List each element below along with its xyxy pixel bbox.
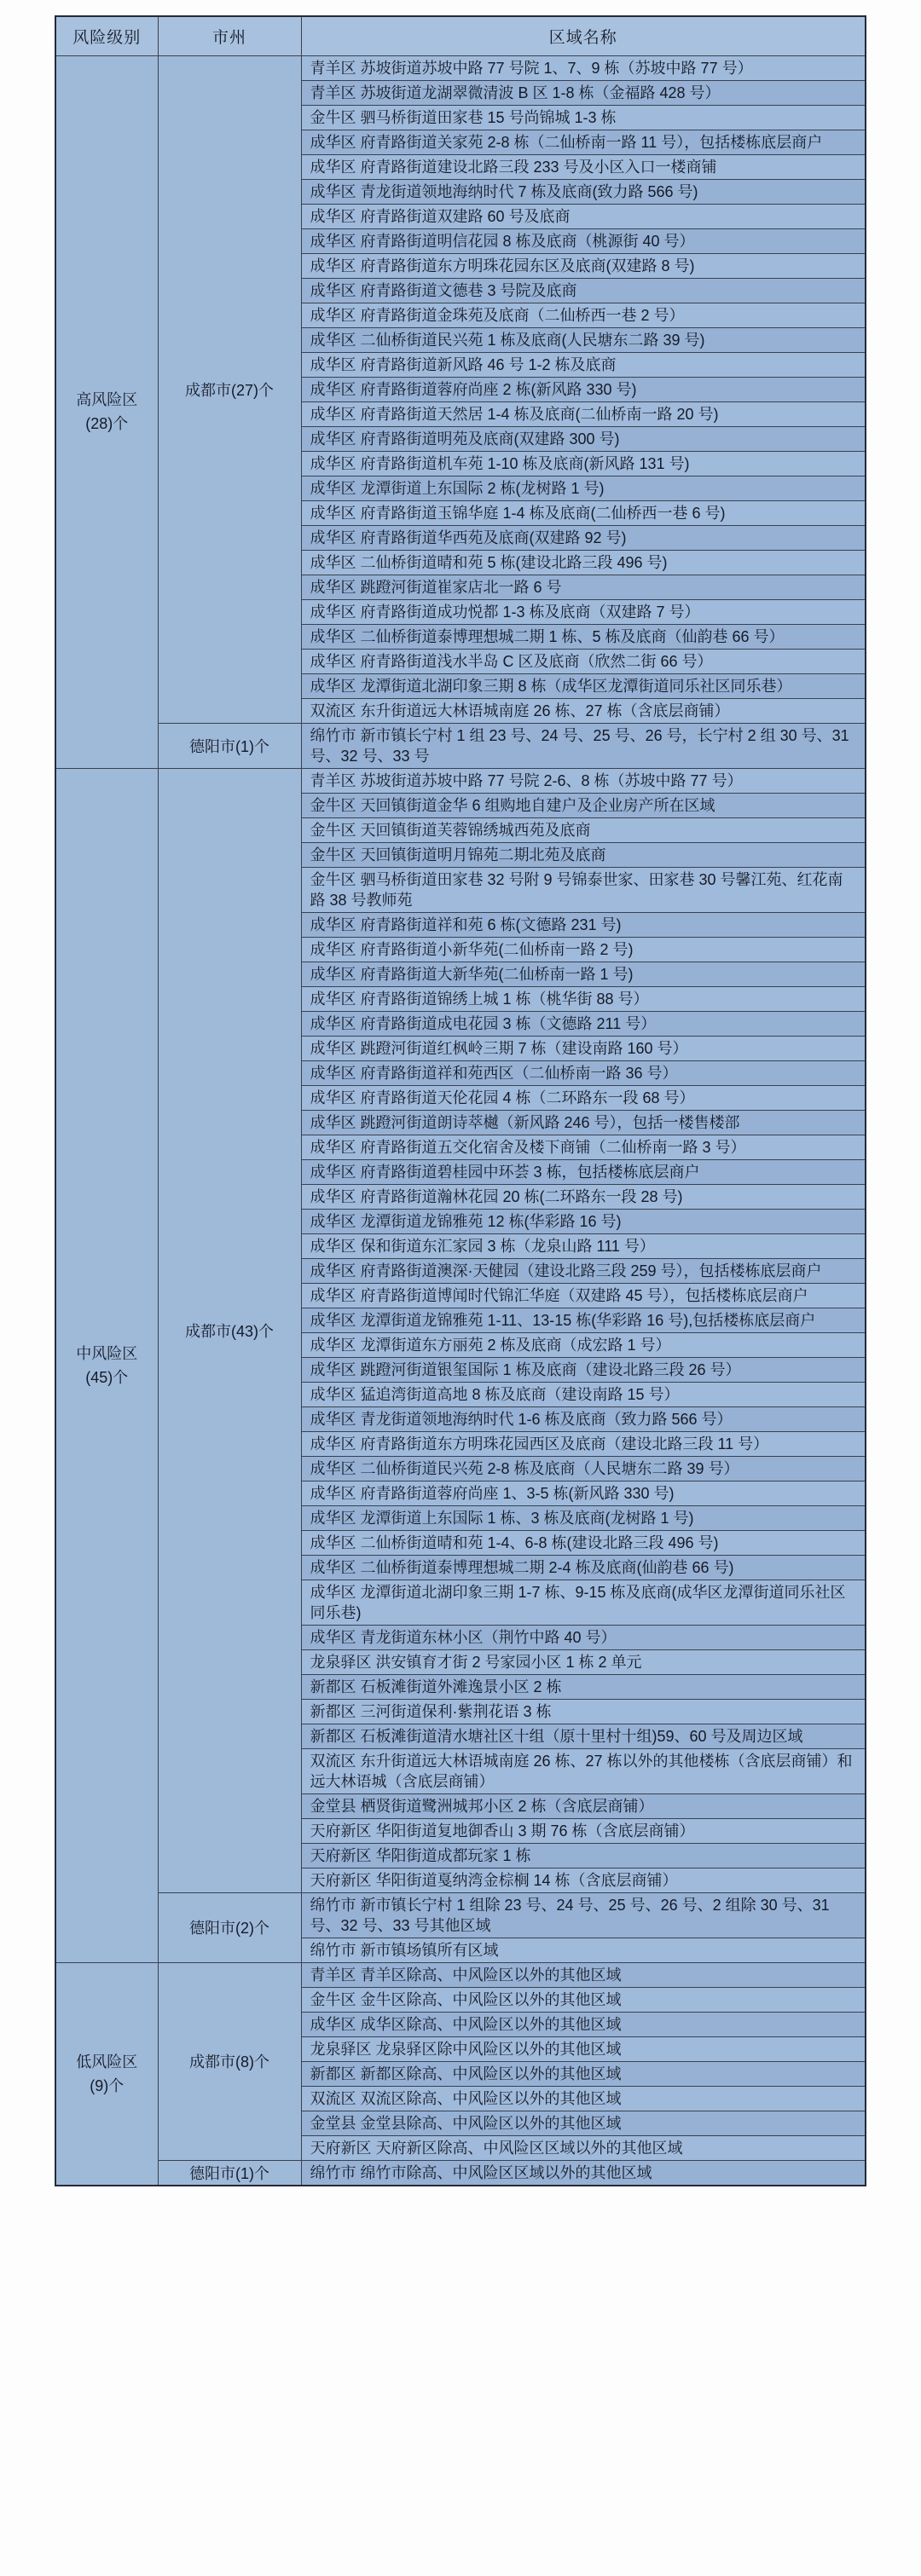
area-cell: 成华区 二仙桥街道晴和苑 1-4、6-8 栋(建设北路三段 496 号)	[301, 1530, 866, 1555]
area-cell: 成华区 跳蹬河街道崔家店北一路 6 号	[301, 575, 866, 599]
area-cell: 成华区 府青路街道东方明珠花园东区及底商(双建路 8 号)	[301, 253, 866, 278]
area-cell: 成华区 府青路街道新风路 46 号 1-2 栋及底商	[301, 352, 866, 377]
risk-level-cell: 高风险区(28)个	[55, 55, 158, 768]
area-cell: 青羊区 苏坡街道苏坡中路 77 号院 2-6、8 栋（苏坡中路 77 号）	[301, 768, 866, 793]
risk-level-name: 中风险区	[56, 1342, 158, 1366]
area-cell: 成华区 龙潭街道龙锦雅苑 12 栋(华彩路 16 号)	[301, 1209, 866, 1233]
area-cell: 成华区 府青路街道明苑及底商(双建路 300 号)	[301, 426, 866, 451]
area-cell: 成华区 府青路街道明信花园 8 栋及底商（桃源街 40 号）	[301, 228, 866, 253]
area-cell: 绵竹市 新市镇长宁村 1 组 23 号、24 号、25 号、26 号，长宁村 2…	[301, 723, 866, 768]
area-cell: 新都区 石板滩街道外滩逸景小区 2 栋	[301, 1674, 866, 1699]
area-cell: 成华区 成华区除高、中风险区以外的其他区域	[301, 2012, 866, 2036]
risk-area-table: 风险级别 市州 区域名称 高风险区(28)个成都市(27)个青羊区 苏坡街道苏坡…	[55, 15, 866, 2186]
area-cell: 成华区 府青路街道瀚林花园 20 栋(二环路东一段 28 号)	[301, 1184, 866, 1209]
area-cell: 成华区 龙潭街道北湖印象三期 1-7 栋、9-15 栋及底商(成华区龙潭街道同乐…	[301, 1580, 866, 1625]
area-cell: 青羊区 青羊区除高、中风险区以外的其他区域	[301, 1962, 866, 1987]
area-cell: 金牛区 驷马桥街道田家巷 15 号尚锦城 1-3 栋	[301, 105, 866, 130]
area-cell: 成华区 府青路街道大新华苑(二仙桥南一路 1 号)	[301, 962, 866, 986]
table-row: 高风险区(28)个成都市(27)个青羊区 苏坡街道苏坡中路 77 号院 1、7、…	[55, 55, 866, 80]
area-cell: 成华区 龙潭街道东方丽苑 2 栋及底商（成宏路 1 号）	[301, 1332, 866, 1357]
area-cell: 成华区 府青路街道浅水半岛 C 区及底商（欣然二街 66 号）	[301, 649, 866, 673]
city-cell: 德阳市(2)个	[158, 1892, 301, 1962]
city-cell: 成都市(8)个	[158, 1962, 301, 2160]
area-cell: 成华区 府青路街道文德巷 3 号院及底商	[301, 278, 866, 303]
area-cell: 成华区 二仙桥街道晴和苑 5 栋(建设北路三段 496 号)	[301, 550, 866, 575]
area-cell: 成华区 龙潭街道北湖印象三期 8 栋（成华区龙潭街道同乐社区同乐巷）	[301, 673, 866, 698]
area-cell: 成华区 二仙桥街道民兴苑 2-8 栋及底商（人民塘东二路 39 号）	[301, 1456, 866, 1481]
area-cell: 成华区 府青路街道锦绣上城 1 栋（桃华街 88 号）	[301, 986, 866, 1011]
area-cell: 天府新区 天府新区除高、中风险区区域以外的其他区域	[301, 2135, 866, 2160]
area-cell: 成华区 府青路街道机车苑 1-10 栋及底商(新风路 131 号)	[301, 451, 866, 476]
area-cell: 金牛区 天回镇街道金华 6 组购地自建户及企业房产所在区域	[301, 793, 866, 817]
area-cell: 成华区 猛追湾街道高地 8 栋及底商（建设南路 15 号）	[301, 1382, 866, 1406]
table-header: 风险级别 市州 区域名称	[55, 16, 866, 55]
area-cell: 金牛区 天回镇街道芙蓉锦绣城西苑及底商	[301, 817, 866, 842]
area-cell: 成华区 跳蹬河街道银玺国际 1 栋及底商（建设北路三段 26 号）	[301, 1357, 866, 1382]
area-cell: 双流区 东升街道远大林语城南庭 26 栋、27 栋以外的其他楼栋（含底层商铺）和…	[301, 1748, 866, 1793]
area-cell: 成华区 府青路街道建设北路三段 233 号及小区入口一楼商铺	[301, 154, 866, 179]
table-body: 高风险区(28)个成都市(27)个青羊区 苏坡街道苏坡中路 77 号院 1、7、…	[55, 55, 866, 2186]
area-cell: 成华区 青龙街道东林小区（荆竹中路 40 号）	[301, 1625, 866, 1649]
header-risk-level: 风险级别	[55, 16, 158, 55]
area-cell: 成华区 府青路街道华西苑及底商(双建路 92 号)	[301, 525, 866, 550]
area-cell: 金牛区 天回镇街道明月锦苑二期北苑及底商	[301, 842, 866, 867]
area-cell: 双流区 双流区除高、中风险区以外的其他区域	[301, 2086, 866, 2111]
area-cell: 天府新区 华阳街道成都玩家 1 栋	[301, 1843, 866, 1868]
risk-level-cell: 低风险区(9)个	[55, 1962, 158, 2186]
area-cell: 成华区 府青路街道成功悦都 1-3 栋及底商（双建路 7 号）	[301, 599, 866, 624]
area-cell: 青羊区 苏坡街道龙湖翠微清波 B 区 1-8 栋（金福路 428 号）	[301, 80, 866, 105]
area-cell: 成华区 府青路街道东方明珠花园西区及底商（建设北路三段 11 号）	[301, 1431, 866, 1456]
area-cell: 金堂县 金堂县除高、中风险区以外的其他区域	[301, 2111, 866, 2135]
risk-level-name: 高风险区	[56, 388, 158, 412]
area-cell: 成华区 府青路街道天然居 1-4 栋及底商(二仙桥南一路 20 号)	[301, 401, 866, 426]
area-cell: 新都区 新都区除高、中风险区以外的其他区域	[301, 2061, 866, 2086]
area-cell: 成华区 府青路街道碧桂园中环荟 3 栋，包括楼栋底层商户	[301, 1159, 866, 1184]
area-cell: 成华区 二仙桥街道民兴苑 1 栋及底商(人民塘东二路 39 号)	[301, 327, 866, 352]
header-city: 市州	[158, 16, 301, 55]
area-cell: 龙泉驿区 龙泉驿区除中风险区以外的其他区域	[301, 2036, 866, 2061]
area-cell: 成华区 府青路街道天伦花园 4 栋（二环路东一段 68 号）	[301, 1085, 866, 1110]
city-cell: 成都市(43)个	[158, 768, 301, 1892]
area-cell: 绵竹市 新市镇长宁村 1 组除 23 号、24 号、25 号、26 号、2 组除…	[301, 1892, 866, 1938]
risk-level-count: (45)个	[56, 1366, 158, 1389]
area-cell: 成华区 府青路街道五交化宿舍及楼下商铺（二仙桥南一路 3 号）	[301, 1135, 866, 1159]
area-cell: 成华区 府青路街道蓉府尚座 2 栋(新风路 330 号)	[301, 377, 866, 401]
table-row: 德阳市(1)个绵竹市 绵竹市除高、中风险区区域以外的其他区域	[55, 2160, 866, 2186]
area-cell: 成华区 龙潭街道上东国际 1 栋、3 栋及底商(龙树路 1 号)	[301, 1505, 866, 1530]
area-cell: 金堂县 栖贤街道鹭洲城邦小区 2 栋（含底层商铺）	[301, 1793, 866, 1818]
area-cell: 金牛区 驷马桥街道田家巷 32 号附 9 号锦泰世家、田家巷 30 号馨江苑、红…	[301, 867, 866, 912]
area-cell: 金牛区 金牛区除高、中风险区以外的其他区域	[301, 1987, 866, 2012]
area-cell: 成华区 龙潭街道龙锦雅苑 1-11、13-15 栋(华彩路 16 号),包括楼栋…	[301, 1308, 866, 1332]
area-cell: 成华区 府青路街道金珠苑及底商（二仙桥西一巷 2 号）	[301, 303, 866, 327]
area-cell: 成华区 府青路街道澳深·天健园（建设北路三段 259 号），包括楼栋底层商户	[301, 1258, 866, 1283]
area-cell: 绵竹市 新市镇场镇所有区域	[301, 1938, 866, 1962]
area-cell: 青羊区 苏坡街道苏坡中路 77 号院 1、7、9 栋（苏坡中路 77 号）	[301, 55, 866, 80]
area-cell: 龙泉驿区 洪安镇育才街 2 号家园小区 1 栋 2 单元	[301, 1649, 866, 1674]
table-row: 德阳市(1)个绵竹市 新市镇长宁村 1 组 23 号、24 号、25 号、26 …	[55, 723, 866, 768]
area-cell: 新都区 三河街道保利·紫荆花语 3 栋	[301, 1699, 866, 1724]
area-cell: 成华区 府青路街道关家苑 2-8 栋（二仙桥南一路 11 号），包括楼栋底层商户	[301, 130, 866, 154]
area-cell: 成华区 跳蹬河街道红枫岭三期 7 栋（建设南路 160 号）	[301, 1036, 866, 1060]
risk-level-name: 低风险区	[56, 2050, 158, 2074]
area-cell: 成华区 二仙桥街道泰博理想城二期 2-4 栋及底商(仙韵巷 66 号)	[301, 1555, 866, 1580]
area-cell: 成华区 府青路街道祥和苑西区（二仙桥南一路 36 号）	[301, 1060, 866, 1085]
area-cell: 成华区 府青路街道博闻时代锦汇华庭（双建路 45 号），包括楼栋底层商户	[301, 1283, 866, 1308]
risk-level-count: (28)个	[56, 412, 158, 436]
area-cell: 成华区 跳蹬河街道朗诗萃樾（新风路 246 号），包括一楼售楼部	[301, 1110, 866, 1135]
area-cell: 成华区 府青路街道小新华苑(二仙桥南一路 2 号)	[301, 937, 866, 962]
header-area-name: 区域名称	[301, 16, 866, 55]
risk-level-count: (9)个	[56, 2074, 158, 2098]
area-cell: 成华区 府青路街道双建路 60 号及底商	[301, 204, 866, 228]
area-cell: 成华区 府青路街道祥和苑 6 栋(文德路 231 号)	[301, 912, 866, 937]
area-cell: 绵竹市 绵竹市除高、中风险区区域以外的其他区域	[301, 2160, 866, 2186]
table-row: 中风险区(45)个成都市(43)个青羊区 苏坡街道苏坡中路 77 号院 2-6、…	[55, 768, 866, 793]
page: 风险级别 市州 区域名称 高风险区(28)个成都市(27)个青羊区 苏坡街道苏坡…	[0, 0, 921, 2576]
area-cell: 天府新区 华阳街道复地御香山 3 期 76 栋（含底层商铺）	[301, 1818, 866, 1843]
header-row: 风险级别 市州 区域名称	[55, 16, 866, 55]
area-cell: 成华区 府青路街道玉锦华庭 1-4 栋及底商(二仙桥西一巷 6 号)	[301, 500, 866, 525]
area-cell: 成华区 二仙桥街道泰博理想城二期 1 栋、5 栋及底商（仙韵巷 66 号）	[301, 624, 866, 649]
risk-level-cell: 中风险区(45)个	[55, 768, 158, 1962]
city-cell: 德阳市(1)个	[158, 2160, 301, 2186]
area-cell: 天府新区 华阳街道戛纳湾金棕榈 14 栋（含底层商铺）	[301, 1868, 866, 1892]
table-row: 德阳市(2)个绵竹市 新市镇长宁村 1 组除 23 号、24 号、25 号、26…	[55, 1892, 866, 1938]
area-cell: 成华区 府青路街道成电花园 3 栋（文德路 211 号）	[301, 1011, 866, 1036]
area-cell: 双流区 东升街道远大林语城南庭 26 栋、27 栋（含底层商铺）	[301, 698, 866, 723]
area-cell: 成华区 青龙街道领地海纳时代 7 栋及底商(致力路 566 号)	[301, 179, 866, 204]
area-cell: 成华区 府青路街道蓉府尚座 1、3-5 栋(新风路 330 号)	[301, 1481, 866, 1505]
area-cell: 成华区 保和街道东汇家园 3 栋（龙泉山路 111 号）	[301, 1233, 866, 1258]
table-row: 低风险区(9)个成都市(8)个青羊区 青羊区除高、中风险区以外的其他区域	[55, 1962, 866, 1987]
city-cell: 成都市(27)个	[158, 55, 301, 723]
area-cell: 新都区 石板滩街道清水塘社区十组（原十里村十组)59、60 号及周边区域	[301, 1724, 866, 1748]
area-cell: 成华区 龙潭街道上东国际 2 栋(龙树路 1 号)	[301, 476, 866, 500]
area-cell: 成华区 青龙街道领地海纳时代 1-6 栋及底商（致力路 566 号）	[301, 1406, 866, 1431]
city-cell: 德阳市(1)个	[158, 723, 301, 768]
